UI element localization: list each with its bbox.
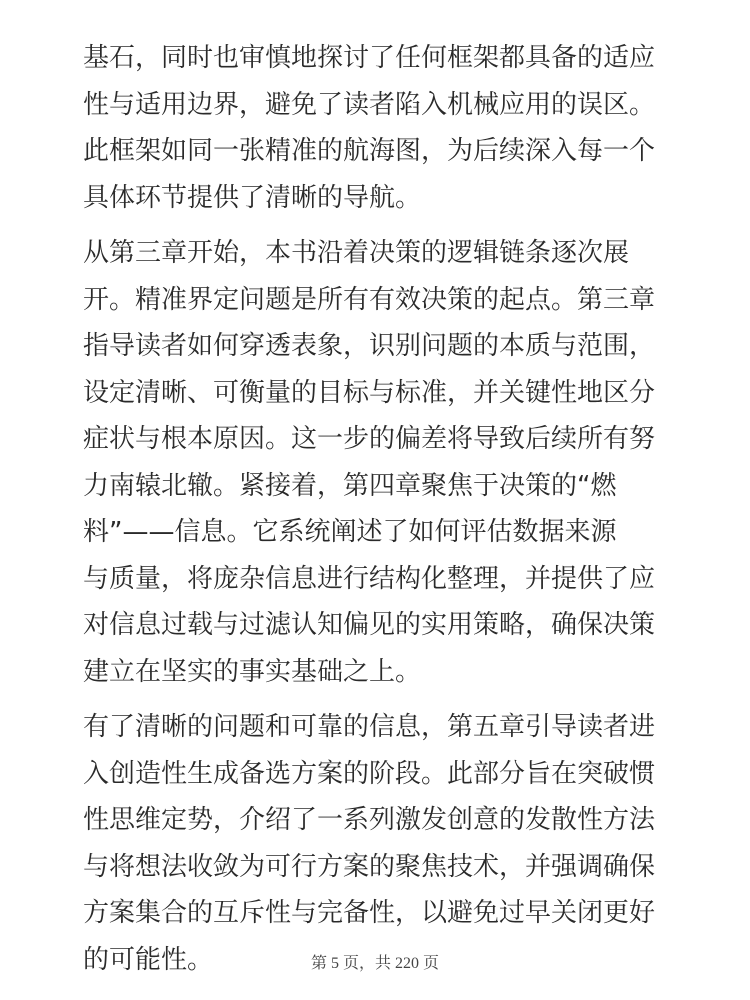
paragraph-1: 基石，同时也审慎地探讨了任何框架都具备的适应 性与适用边界，避免了读者陷入机械应… bbox=[83, 35, 723, 221]
text-line: 设定清晰、可衡量的目标与标准，并关键性地区分 bbox=[83, 370, 723, 417]
text-line: 方案集合的互斥性与完备性，以避免过早关闭更好 bbox=[83, 890, 723, 937]
text-line: 指导读者如何穿透表象，识别问题的本质与范围， bbox=[83, 323, 723, 370]
text-line: 性与适用边界，避免了读者陷入机械应用的误区。 bbox=[83, 82, 723, 129]
text-line: 力南辕北辙。紧接着，第四章聚焦于决策的“燃 bbox=[83, 463, 723, 510]
text-line: 症状与根本原因。这一步的偏差将导致后续所有努 bbox=[83, 416, 723, 463]
text-line: 具体环节提供了清晰的导航。 bbox=[83, 175, 723, 222]
document-body: 基石，同时也审慎地探讨了任何框架都具备的适应 性与适用边界，避免了读者陷入机械应… bbox=[83, 35, 723, 992]
text-line: 有了清晰的问题和可靠的信息，第五章引导读者进 bbox=[83, 704, 723, 751]
text-line: 料”——信息。它系统阐述了如何评估数据来源 bbox=[83, 509, 723, 556]
text-line: 基石，同时也审慎地探讨了任何框架都具备的适应 bbox=[83, 35, 723, 82]
paragraph-3: 有了清晰的问题和可靠的信息，第五章引导读者进 入创造性生成备选方案的阶段。此部分… bbox=[83, 704, 723, 983]
page-number-footer: 第 5 页，共 220 页 bbox=[0, 950, 750, 973]
text-line: 与将想法收敛为可行方案的聚焦技术，并强调确保 bbox=[83, 844, 723, 891]
text-line: 性思维定势，介绍了一系列激发创意的发散性方法 bbox=[83, 797, 723, 844]
paragraph-2: 从第三章开始，本书沿着决策的逻辑链条逐次展 开。精准界定问题是所有有效决策的起点… bbox=[83, 230, 723, 695]
text-line: 与质量，将庞杂信息进行结构化整理，并提供了应 bbox=[83, 556, 723, 603]
text-line: 对信息过载与过滤认知偏见的实用策略，确保决策 bbox=[83, 602, 723, 649]
text-line: 从第三章开始，本书沿着决策的逻辑链条逐次展 bbox=[83, 230, 723, 277]
text-line: 建立在坚实的事实基础之上。 bbox=[83, 649, 723, 696]
text-line: 此框架如同一张精准的航海图，为后续深入每一个 bbox=[83, 128, 723, 175]
text-line: 开。精准界定问题是所有有效决策的起点。第三章 bbox=[83, 277, 723, 324]
text-line: 入创造性生成备选方案的阶段。此部分旨在突破惯 bbox=[83, 751, 723, 798]
